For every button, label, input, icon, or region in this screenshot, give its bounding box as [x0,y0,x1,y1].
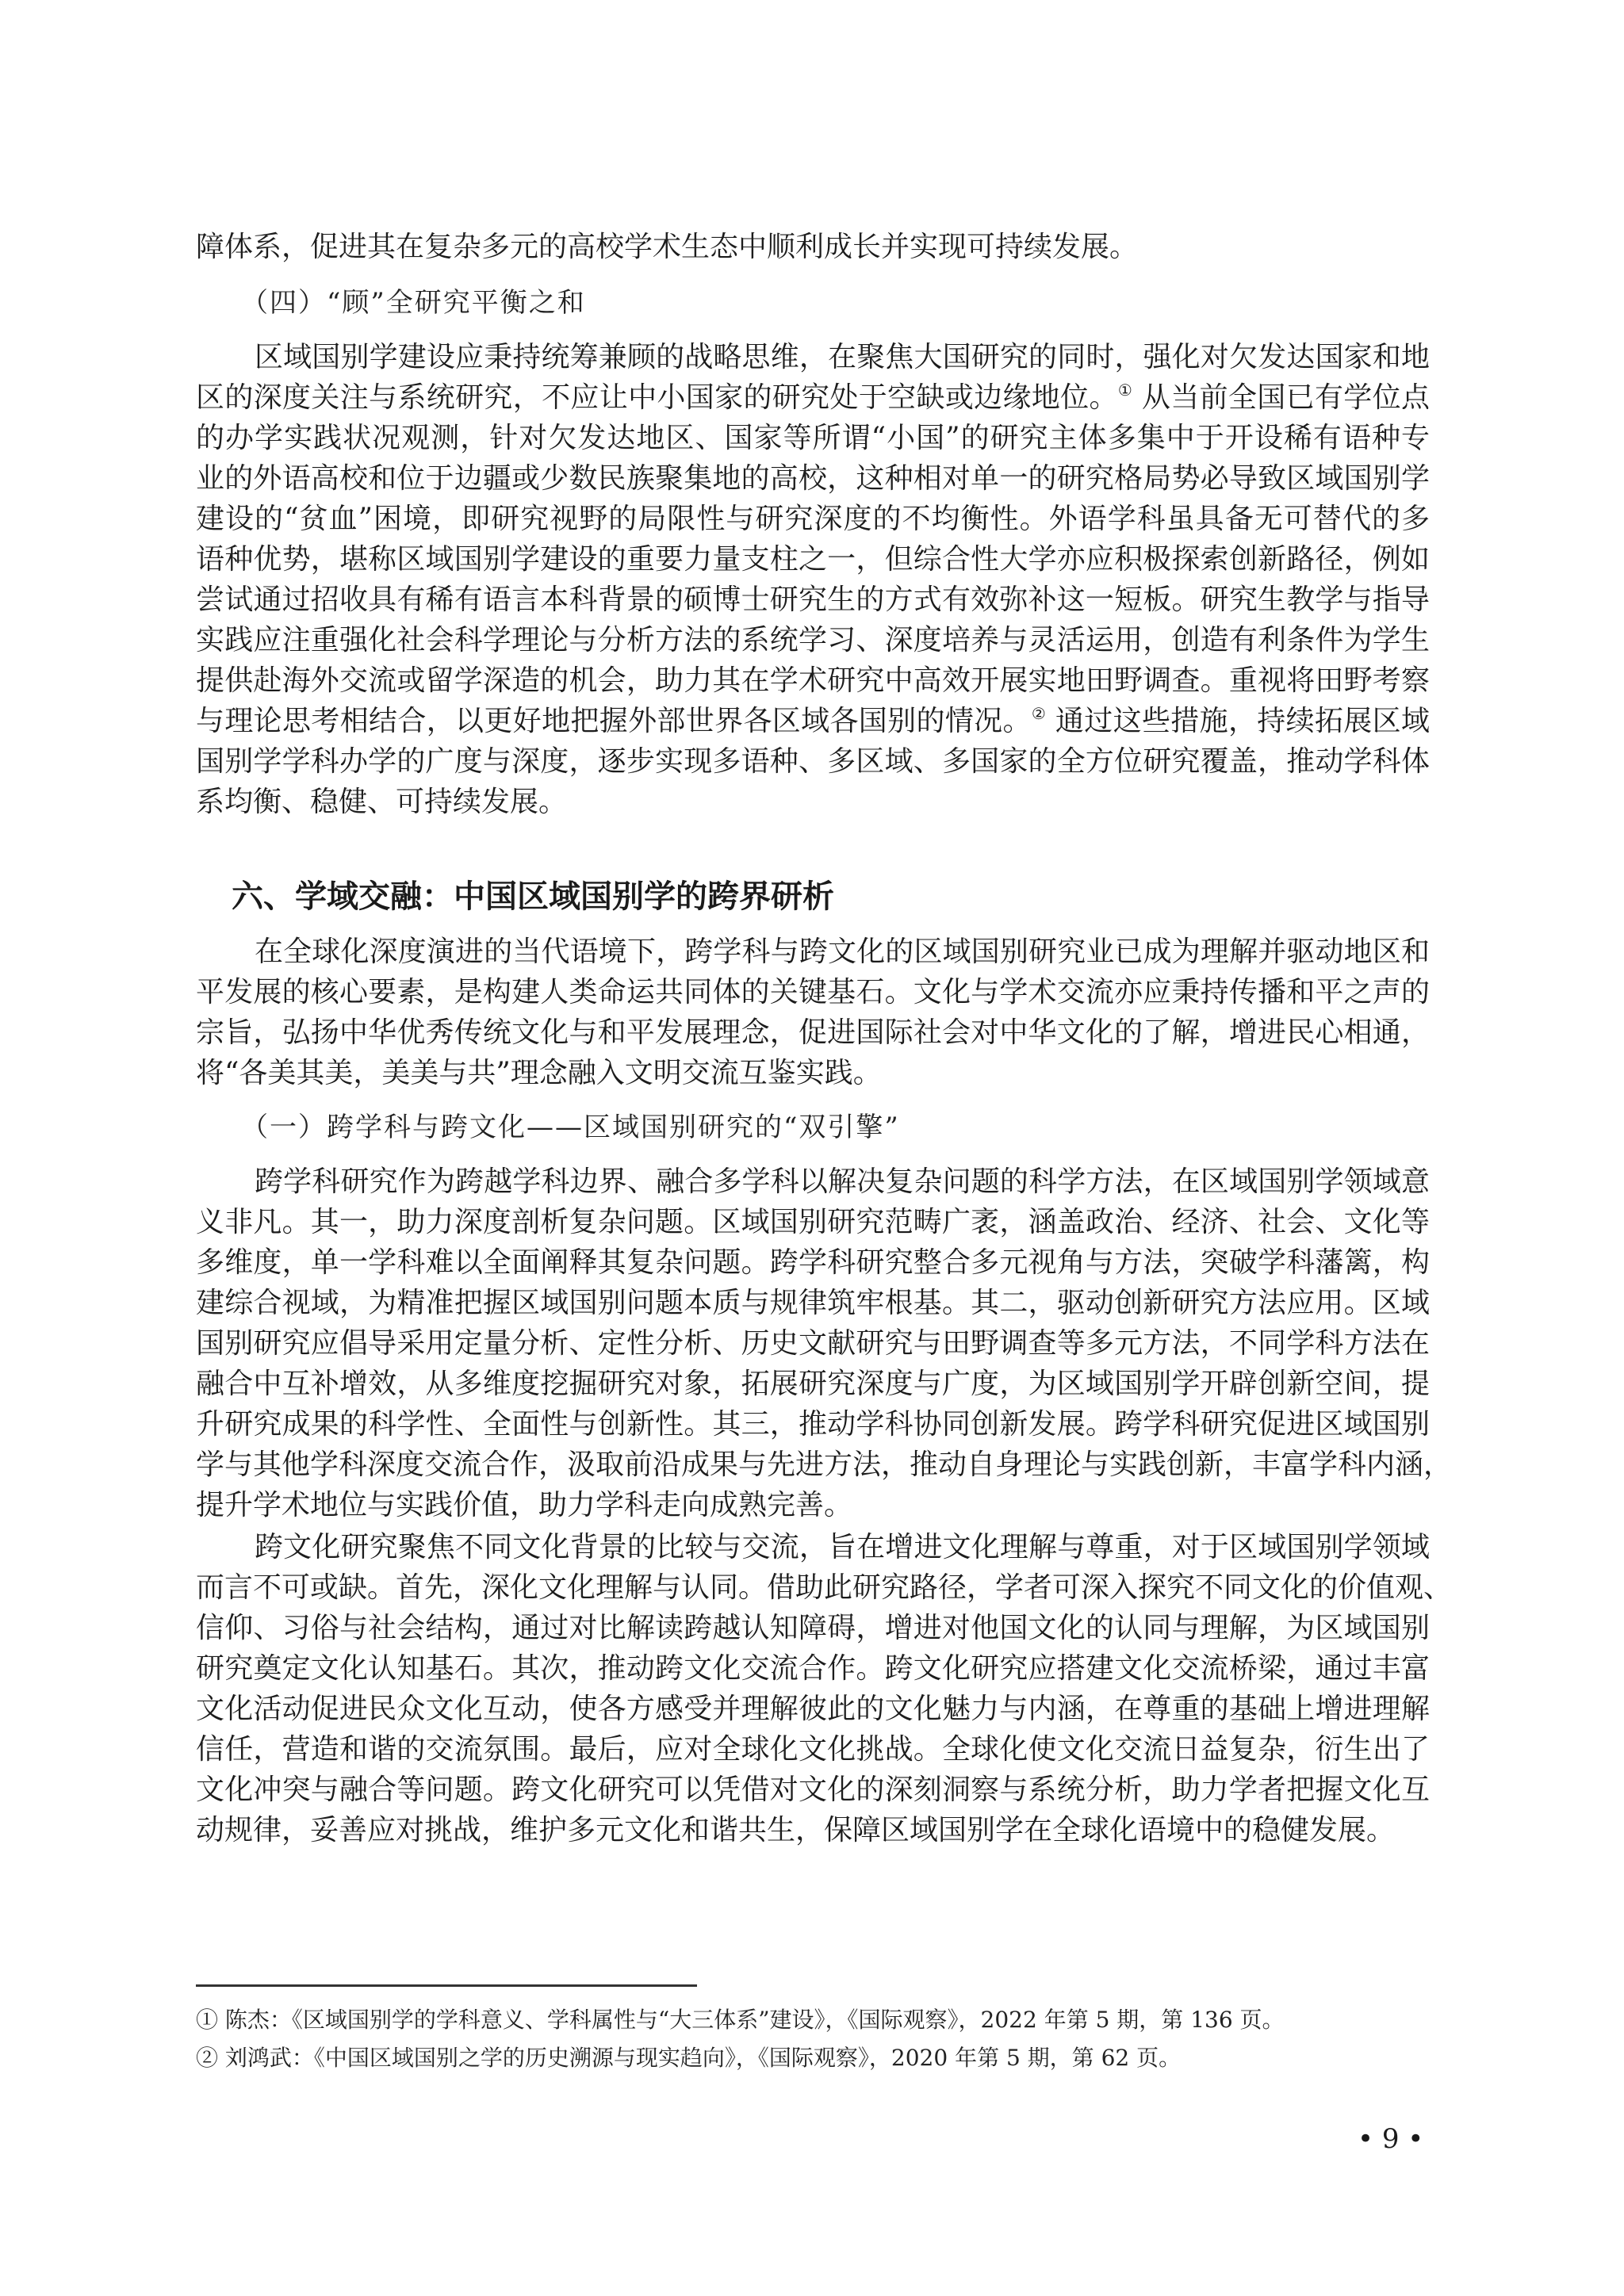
body-line: 障体系，促进其在复杂多元的高校学术生态中顺利成长并实现可持续发展。 [196,230,1430,265]
body-line: 升研究成果的科学性、全面性与创新性。其三，推动学科协同创新发展。跨学科研究促进区… [196,1407,1430,1442]
footnote-1: ① 陈杰：《区域国别学的学科意义、学科属性与“大三体系”建设》，《国际观察》，2… [196,2006,1285,2034]
body-line: 信仰、习俗与社会结构，通过对比解读跨越认知障碍，增进对他国文化的认同与理解，为区… [196,1611,1430,1646]
page-number: • 9 • [1358,2125,1423,2153]
body-line: 与理论思考相结合，以更好地把握外部世界各区域各国别的情况。② 通过这些措施，持续… [196,704,1430,739]
body-line: 提升学术地位与实践价值，助力学科走向成熟完善。 [196,1488,1430,1523]
body-line: 尝试通过招收具有稀有语言本科背景的硕博士研究生的方式有效弥补这一短板。研究生教学… [196,583,1430,618]
body-line: 建设的“贫血”困境，即研究视野的局限性与研究深度的不均衡性。外语学科虽具备无可替… [196,502,1430,537]
body-line: 建综合视域，为精准把握区域国别问题本质与规律筑牢根基。其二，驱动创新研究方法应用… [196,1286,1430,1321]
body-line: 业的外语高校和位于边疆或少数民族聚集地的高校，这种相对单一的研究格局势必导致区域… [196,461,1430,496]
body-text: 与理论思考相结合，以更好地把握外部世界各区域各国别的情况。 [196,705,1032,737]
body-line: 在全球化深度演进的当代语境下，跨学科与跨文化的区域国别研究业已成为理解并驱动地区… [255,935,1430,970]
body-line: 国别研究应倡导采用定量分析、定性分析、历史文献研究与田野调查等多元方法，不同学科… [196,1326,1430,1361]
body-line: 跨学科研究作为跨越学科边界、融合多学科以解决复杂问题的科学方法，在区域国别学领域… [255,1165,1430,1200]
body-line: 文化活动促进民众文化互动，使各方感受并理解彼此的文化魅力与内涵，在尊重的基础上增… [196,1692,1430,1727]
body-line: 文化冲突与融合等问题。跨文化研究可以凭借对文化的深刻洞察与系统分析，助力学者把握… [196,1773,1430,1808]
body-line: 国别学学科办学的广度与深度，逐步实现多语种、多区域、多国家的全方位研究覆盖，推动… [196,744,1430,779]
body-line: 的办学实践状况观测，针对欠发达地区、国家等所谓“小国”的研究主体多集中于开设稀有… [196,421,1430,456]
body-line: 平发展的核心要素，是构建人类命运共同体的关键基石。文化与学术交流亦应秉持传播和平… [196,975,1430,1010]
body-line: 多维度，单一学科难以全面阐释其复杂问题。跨学科研究整合多元视角与方法，突破学科藩… [196,1246,1430,1280]
body-line: 将“各美其美，美美与共”理念融入文明交流互鉴实践。 [196,1056,1430,1091]
body-line: 提供赴海外交流或留学深造的机会，助力其在学术研究中高效开展实地田野调查。重视将田… [196,664,1430,698]
body-line: 信任，营造和谐的交流氛围。最后，应对全球化文化挑战。全球化使文化交流日益复杂，衍… [196,1732,1430,1767]
footnote-2: ② 刘鸿武：《中国区域国别之学的历史溯源与现实趋向》，《国际观察》，2020 年… [196,2044,1181,2072]
body-text: 从当前全国已有学位点 [1142,381,1430,414]
subsection-heading-1: （一）跨学科与跨文化——区域国别研究的“双引擎” [241,1110,900,1145]
body-line: 语种优势，堪称区域国别学建设的重要力量支柱之一，但综合性大学亦应积极探索创新路径… [196,542,1430,577]
body-line: 而言不可或缺。首先，深化文化理解与认同。借助此研究路径，学者可深入探究不同文化的… [196,1571,1430,1605]
footnote-divider [196,1984,697,1987]
body-line: 研究奠定文化认知基石。其次，推动跨文化交流合作。跨文化研究应搭建文化交流桥梁，通… [196,1651,1430,1686]
body-line: 学与其他学科深度交流合作，汲取前沿成果与先进方法，推动自身理论与实践创新，丰富学… [196,1448,1430,1483]
body-text: 区的深度关注与系统研究，不应让中小国家的研究处于空缺或边缘地位。 [196,381,1118,414]
body-line: 实践应注重强化社会科学理论与分析方法的系统学习、深度培养与灵活运用，创造有利条件… [196,623,1430,658]
subsection-heading-4: （四）“顾”全研究平衡之和 [241,285,586,320]
body-line: 区域国别学建设应秉持统筹兼顾的战略思维，在聚焦大国研究的同时，强化对欠发达国家和… [255,340,1430,375]
body-line: 动规律，妥善应对挑战，维护多元文化和谐共生，保障区域国别学在全球化语境中的稳健发… [196,1813,1430,1848]
section-heading-6: 六、学域交融：中国区域国别学的跨界研析 [232,877,834,916]
body-line: 跨文化研究聚焦不同文化背景的比较与交流，旨在增进文化理解与尊重，对于区域国别学领… [255,1530,1430,1565]
body-line: 义非凡。其一，助力深度剖析复杂问题。区域国别研究范畴广袤，涵盖政治、经济、社会、… [196,1205,1430,1240]
body-line: 区的深度关注与系统研究，不应让中小国家的研究处于空缺或边缘地位。① 从当前全国已… [196,381,1430,415]
body-line: 系均衡、稳健、可持续发展。 [196,785,1430,820]
body-text: 通过这些措施，持续拓展区域 [1055,705,1430,737]
footnote-ref-1[interactable]: ① [1118,381,1132,400]
body-line: 宗旨，弘扬中华优秀传统文化与和平发展理念，促进国际社会对中华文化的了解，增进民心… [196,1016,1430,1050]
footnote-ref-2[interactable]: ② [1032,704,1046,723]
body-line: 融合中互补增效，从多维度挖掘研究对象，拓展研究深度与广度，为区域国别学开辟创新空… [196,1367,1430,1402]
